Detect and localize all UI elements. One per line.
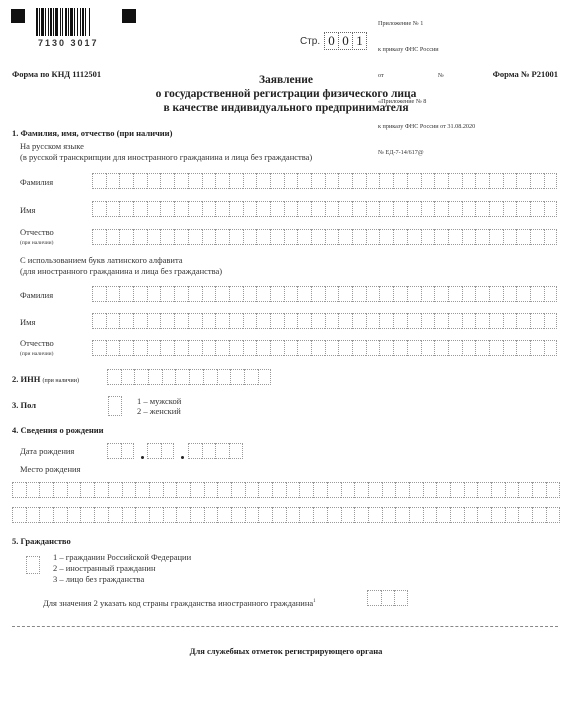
input-cell[interactable] — [491, 507, 505, 523]
input-cell[interactable] — [174, 340, 188, 356]
input-cell[interactable] — [352, 313, 366, 329]
input-cell[interactable] — [107, 443, 121, 459]
page-digit[interactable]: 0 — [338, 32, 353, 50]
input-cell[interactable] — [133, 229, 147, 245]
input-cell[interactable] — [325, 340, 339, 356]
input-cell[interactable] — [188, 229, 202, 245]
input-cell[interactable] — [434, 340, 448, 356]
input-cell[interactable] — [243, 173, 257, 189]
input-cell[interactable] — [119, 313, 133, 329]
input-cell[interactable] — [475, 340, 489, 356]
input-cell[interactable] — [135, 482, 149, 498]
input-cell[interactable] — [148, 369, 162, 385]
input-cell[interactable] — [160, 313, 174, 329]
input-cell[interactable] — [546, 482, 560, 498]
input-cell[interactable] — [503, 229, 517, 245]
input-cell[interactable] — [149, 482, 163, 498]
input-cell[interactable] — [421, 201, 435, 217]
input-cell[interactable] — [106, 201, 120, 217]
input-cell[interactable] — [352, 201, 366, 217]
input-cell[interactable] — [366, 173, 380, 189]
input-cell[interactable] — [516, 340, 530, 356]
input-cell[interactable] — [188, 443, 202, 459]
input-cell[interactable] — [544, 201, 558, 217]
input-cell[interactable] — [133, 340, 147, 356]
input-cell[interactable] — [188, 340, 202, 356]
input-cell[interactable] — [341, 507, 355, 523]
input-cell[interactable] — [94, 482, 108, 498]
page-digit[interactable]: 1 — [352, 32, 367, 50]
input-cell[interactable] — [379, 340, 393, 356]
input-cell[interactable] — [368, 482, 382, 498]
input-cell[interactable] — [147, 340, 161, 356]
input-cell[interactable] — [243, 286, 257, 302]
input-cell[interactable] — [475, 313, 489, 329]
input-cell[interactable] — [106, 173, 120, 189]
input-cell[interactable] — [544, 286, 558, 302]
citizenship-field[interactable] — [26, 556, 40, 574]
ru-surname-field[interactable] — [92, 173, 557, 189]
input-cell[interactable] — [119, 286, 133, 302]
input-cell[interactable] — [352, 229, 366, 245]
input-cell[interactable] — [448, 201, 462, 217]
input-cell[interactable] — [258, 482, 272, 498]
input-cell[interactable] — [516, 229, 530, 245]
input-cell[interactable] — [229, 229, 243, 245]
input-cell[interactable] — [108, 482, 122, 498]
input-cell[interactable] — [407, 201, 421, 217]
input-cell[interactable] — [174, 201, 188, 217]
lat-name-field[interactable] — [92, 313, 557, 329]
input-cell[interactable] — [270, 313, 284, 329]
input-cell[interactable] — [133, 201, 147, 217]
input-cell[interactable] — [434, 229, 448, 245]
input-cell[interactable] — [367, 590, 381, 606]
input-cell[interactable] — [160, 286, 174, 302]
input-cell[interactable] — [299, 507, 313, 523]
birth-day-field[interactable] — [107, 443, 134, 459]
input-cell[interactable] — [203, 369, 217, 385]
input-cell[interactable] — [202, 286, 216, 302]
input-cell[interactable] — [393, 229, 407, 245]
input-cell[interactable] — [175, 369, 189, 385]
input-cell[interactable] — [462, 340, 476, 356]
input-cell[interactable] — [382, 507, 396, 523]
input-cell[interactable] — [489, 313, 503, 329]
input-cell[interactable] — [160, 173, 174, 189]
input-cell[interactable] — [505, 507, 519, 523]
input-cell[interactable] — [270, 173, 284, 189]
input-cell[interactable] — [217, 369, 231, 385]
input-cell[interactable] — [489, 173, 503, 189]
input-cell[interactable] — [245, 482, 259, 498]
input-cell[interactable] — [434, 313, 448, 329]
input-cell[interactable] — [39, 482, 53, 498]
input-cell[interactable] — [407, 173, 421, 189]
input-cell[interactable] — [215, 443, 229, 459]
input-cell[interactable] — [284, 286, 298, 302]
input-cell[interactable] — [448, 173, 462, 189]
input-cell[interactable] — [518, 482, 532, 498]
input-cell[interactable] — [448, 286, 462, 302]
input-cell[interactable] — [491, 482, 505, 498]
input-cell[interactable] — [516, 313, 530, 329]
input-cell[interactable] — [135, 507, 149, 523]
input-cell[interactable] — [230, 369, 244, 385]
input-cell[interactable] — [382, 482, 396, 498]
input-cell[interactable] — [258, 507, 272, 523]
input-cell[interactable] — [393, 313, 407, 329]
input-cell[interactable] — [530, 313, 544, 329]
input-cell[interactable] — [325, 173, 339, 189]
input-cell[interactable] — [92, 173, 106, 189]
input-cell[interactable] — [147, 443, 161, 459]
input-cell[interactable] — [215, 229, 229, 245]
input-cell[interactable] — [162, 369, 176, 385]
input-cell[interactable] — [313, 482, 327, 498]
input-cell[interactable] — [462, 173, 476, 189]
input-cell[interactable] — [134, 369, 148, 385]
input-cell[interactable] — [313, 507, 327, 523]
input-cell[interactable] — [394, 590, 408, 606]
input-cell[interactable] — [122, 482, 136, 498]
input-cell[interactable] — [393, 340, 407, 356]
input-cell[interactable] — [270, 340, 284, 356]
birth-place-field-line2[interactable] — [12, 507, 560, 523]
input-cell[interactable] — [256, 340, 270, 356]
input-cell[interactable] — [243, 340, 257, 356]
input-cell[interactable] — [188, 201, 202, 217]
input-cell[interactable] — [297, 313, 311, 329]
input-cell[interactable] — [231, 507, 245, 523]
input-cell[interactable] — [161, 443, 175, 459]
input-cell[interactable] — [448, 340, 462, 356]
input-cell[interactable] — [423, 507, 437, 523]
input-cell[interactable] — [489, 229, 503, 245]
input-cell[interactable] — [448, 229, 462, 245]
input-cell[interactable] — [434, 201, 448, 217]
input-cell[interactable] — [258, 369, 272, 385]
input-cell[interactable] — [108, 396, 122, 416]
input-cell[interactable] — [530, 340, 544, 356]
input-cell[interactable] — [160, 201, 174, 217]
input-cell[interactable] — [243, 201, 257, 217]
input-cell[interactable] — [147, 173, 161, 189]
input-cell[interactable] — [202, 201, 216, 217]
input-cell[interactable] — [174, 286, 188, 302]
input-cell[interactable] — [215, 286, 229, 302]
input-cell[interactable] — [202, 229, 216, 245]
input-cell[interactable] — [106, 229, 120, 245]
input-cell[interactable] — [338, 229, 352, 245]
input-cell[interactable] — [270, 201, 284, 217]
input-cell[interactable] — [464, 482, 478, 498]
input-cell[interactable] — [53, 482, 67, 498]
input-cell[interactable] — [379, 286, 393, 302]
input-cell[interactable] — [421, 313, 435, 329]
input-cell[interactable] — [122, 507, 136, 523]
input-cell[interactable] — [325, 313, 339, 329]
input-cell[interactable] — [462, 229, 476, 245]
input-cell[interactable] — [160, 340, 174, 356]
input-cell[interactable] — [489, 340, 503, 356]
input-cell[interactable] — [106, 340, 120, 356]
input-cell[interactable] — [407, 340, 421, 356]
input-cell[interactable] — [393, 286, 407, 302]
inn-field[interactable] — [107, 369, 271, 385]
input-cell[interactable] — [163, 507, 177, 523]
input-cell[interactable] — [311, 201, 325, 217]
input-cell[interactable] — [188, 313, 202, 329]
input-cell[interactable] — [462, 313, 476, 329]
input-cell[interactable] — [202, 173, 216, 189]
input-cell[interactable] — [67, 507, 81, 523]
input-cell[interactable] — [284, 229, 298, 245]
input-cell[interactable] — [121, 369, 135, 385]
input-cell[interactable] — [133, 313, 147, 329]
input-cell[interactable] — [215, 173, 229, 189]
input-cell[interactable] — [532, 507, 546, 523]
input-cell[interactable] — [217, 482, 231, 498]
input-cell[interactable] — [174, 173, 188, 189]
input-cell[interactable] — [421, 286, 435, 302]
input-cell[interactable] — [325, 286, 339, 302]
input-cell[interactable] — [256, 313, 270, 329]
input-cell[interactable] — [92, 340, 106, 356]
input-cell[interactable] — [407, 313, 421, 329]
input-cell[interactable] — [106, 313, 120, 329]
input-cell[interactable] — [121, 443, 135, 459]
input-cell[interactable] — [149, 507, 163, 523]
input-cell[interactable] — [204, 482, 218, 498]
input-cell[interactable] — [284, 173, 298, 189]
input-cell[interactable] — [505, 482, 519, 498]
input-cell[interactable] — [434, 173, 448, 189]
page-digit[interactable]: 0 — [324, 32, 339, 50]
input-cell[interactable] — [119, 229, 133, 245]
gender-field[interactable] — [108, 396, 122, 416]
input-cell[interactable] — [107, 369, 121, 385]
input-cell[interactable] — [229, 286, 243, 302]
input-cell[interactable] — [67, 482, 81, 498]
input-cell[interactable] — [204, 507, 218, 523]
input-cell[interactable] — [311, 340, 325, 356]
input-cell[interactable] — [338, 340, 352, 356]
input-cell[interactable] — [354, 507, 368, 523]
input-cell[interactable] — [325, 229, 339, 245]
input-cell[interactable] — [284, 201, 298, 217]
input-cell[interactable] — [190, 507, 204, 523]
input-cell[interactable] — [327, 507, 341, 523]
input-cell[interactable] — [229, 313, 243, 329]
input-cell[interactable] — [176, 507, 190, 523]
input-cell[interactable] — [395, 482, 409, 498]
input-cell[interactable] — [475, 173, 489, 189]
input-cell[interactable] — [297, 229, 311, 245]
input-cell[interactable] — [338, 286, 352, 302]
input-cell[interactable] — [26, 556, 40, 574]
input-cell[interactable] — [516, 201, 530, 217]
input-cell[interactable] — [202, 443, 216, 459]
input-cell[interactable] — [475, 201, 489, 217]
input-cell[interactable] — [215, 313, 229, 329]
input-cell[interactable] — [325, 201, 339, 217]
input-cell[interactable] — [421, 340, 435, 356]
input-cell[interactable] — [341, 482, 355, 498]
input-cell[interactable] — [503, 340, 517, 356]
input-cell[interactable] — [530, 286, 544, 302]
input-cell[interactable] — [464, 507, 478, 523]
input-cell[interactable] — [106, 286, 120, 302]
input-cell[interactable] — [119, 173, 133, 189]
input-cell[interactable] — [366, 313, 380, 329]
input-cell[interactable] — [366, 201, 380, 217]
input-cell[interactable] — [39, 507, 53, 523]
input-cell[interactable] — [229, 443, 243, 459]
input-cell[interactable] — [338, 173, 352, 189]
input-cell[interactable] — [407, 286, 421, 302]
input-cell[interactable] — [231, 482, 245, 498]
input-cell[interactable] — [366, 340, 380, 356]
input-cell[interactable] — [327, 482, 341, 498]
birth-month-field[interactable] — [147, 443, 174, 459]
ru-name-field[interactable] — [92, 201, 557, 217]
input-cell[interactable] — [80, 507, 94, 523]
input-cell[interactable] — [163, 482, 177, 498]
input-cell[interactable] — [379, 201, 393, 217]
input-cell[interactable] — [503, 173, 517, 189]
input-cell[interactable] — [379, 229, 393, 245]
input-cell[interactable] — [518, 507, 532, 523]
input-cell[interactable] — [108, 507, 122, 523]
input-cell[interactable] — [272, 507, 286, 523]
input-cell[interactable] — [489, 286, 503, 302]
input-cell[interactable] — [286, 482, 300, 498]
input-cell[interactable] — [297, 173, 311, 189]
input-cell[interactable] — [379, 313, 393, 329]
input-cell[interactable] — [516, 286, 530, 302]
input-cell[interactable] — [352, 286, 366, 302]
input-cell[interactable] — [407, 229, 421, 245]
input-cell[interactable] — [366, 229, 380, 245]
input-cell[interactable] — [311, 229, 325, 245]
input-cell[interactable] — [176, 482, 190, 498]
input-cell[interactable] — [516, 173, 530, 189]
birth-place-field-line1[interactable] — [12, 482, 560, 498]
input-cell[interactable] — [544, 229, 558, 245]
input-cell[interactable] — [503, 286, 517, 302]
input-cell[interactable] — [92, 201, 106, 217]
input-cell[interactable] — [421, 173, 435, 189]
input-cell[interactable] — [297, 340, 311, 356]
input-cell[interactable] — [284, 313, 298, 329]
input-cell[interactable] — [450, 507, 464, 523]
input-cell[interactable] — [119, 340, 133, 356]
input-cell[interactable] — [256, 229, 270, 245]
input-cell[interactable] — [475, 229, 489, 245]
input-cell[interactable] — [311, 313, 325, 329]
input-cell[interactable] — [119, 201, 133, 217]
input-cell[interactable] — [421, 229, 435, 245]
input-cell[interactable] — [229, 201, 243, 217]
input-cell[interactable] — [256, 201, 270, 217]
input-cell[interactable] — [243, 313, 257, 329]
input-cell[interactable] — [352, 173, 366, 189]
input-cell[interactable] — [174, 313, 188, 329]
input-cell[interactable] — [297, 286, 311, 302]
page-number-field[interactable]: 0 0 1 — [325, 32, 367, 50]
input-cell[interactable] — [530, 173, 544, 189]
input-cell[interactable] — [270, 286, 284, 302]
input-cell[interactable] — [147, 286, 161, 302]
input-cell[interactable] — [133, 173, 147, 189]
input-cell[interactable] — [202, 340, 216, 356]
input-cell[interactable] — [503, 201, 517, 217]
input-cell[interactable] — [188, 286, 202, 302]
input-cell[interactable] — [475, 286, 489, 302]
input-cell[interactable] — [92, 313, 106, 329]
input-cell[interactable] — [80, 482, 94, 498]
input-cell[interactable] — [366, 286, 380, 302]
input-cell[interactable] — [352, 340, 366, 356]
input-cell[interactable] — [546, 507, 560, 523]
input-cell[interactable] — [174, 229, 188, 245]
input-cell[interactable] — [53, 507, 67, 523]
input-cell[interactable] — [530, 229, 544, 245]
input-cell[interactable] — [462, 286, 476, 302]
input-cell[interactable] — [477, 507, 491, 523]
input-cell[interactable] — [147, 229, 161, 245]
input-cell[interactable] — [368, 507, 382, 523]
input-cell[interactable] — [188, 173, 202, 189]
input-cell[interactable] — [395, 507, 409, 523]
input-cell[interactable] — [436, 507, 450, 523]
birth-year-field[interactable] — [188, 443, 243, 459]
input-cell[interactable] — [217, 507, 231, 523]
input-cell[interactable] — [284, 340, 298, 356]
input-cell[interactable] — [297, 201, 311, 217]
ru-patronymic-field[interactable] — [92, 229, 557, 245]
input-cell[interactable] — [532, 482, 546, 498]
input-cell[interactable] — [381, 590, 395, 606]
input-cell[interactable] — [270, 229, 284, 245]
input-cell[interactable] — [544, 340, 558, 356]
input-cell[interactable] — [311, 173, 325, 189]
country-code-field[interactable] — [367, 590, 408, 606]
input-cell[interactable] — [379, 173, 393, 189]
input-cell[interactable] — [354, 482, 368, 498]
input-cell[interactable] — [256, 286, 270, 302]
input-cell[interactable] — [272, 482, 286, 498]
input-cell[interactable] — [147, 313, 161, 329]
input-cell[interactable] — [94, 507, 108, 523]
input-cell[interactable] — [12, 507, 26, 523]
input-cell[interactable] — [245, 507, 259, 523]
input-cell[interactable] — [243, 229, 257, 245]
input-cell[interactable] — [12, 482, 26, 498]
input-cell[interactable] — [299, 482, 313, 498]
input-cell[interactable] — [190, 482, 204, 498]
input-cell[interactable] — [450, 482, 464, 498]
input-cell[interactable] — [92, 229, 106, 245]
input-cell[interactable] — [544, 173, 558, 189]
input-cell[interactable] — [215, 201, 229, 217]
input-cell[interactable] — [409, 482, 423, 498]
input-cell[interactable] — [26, 482, 40, 498]
input-cell[interactable] — [423, 482, 437, 498]
input-cell[interactable] — [133, 286, 147, 302]
input-cell[interactable] — [503, 313, 517, 329]
